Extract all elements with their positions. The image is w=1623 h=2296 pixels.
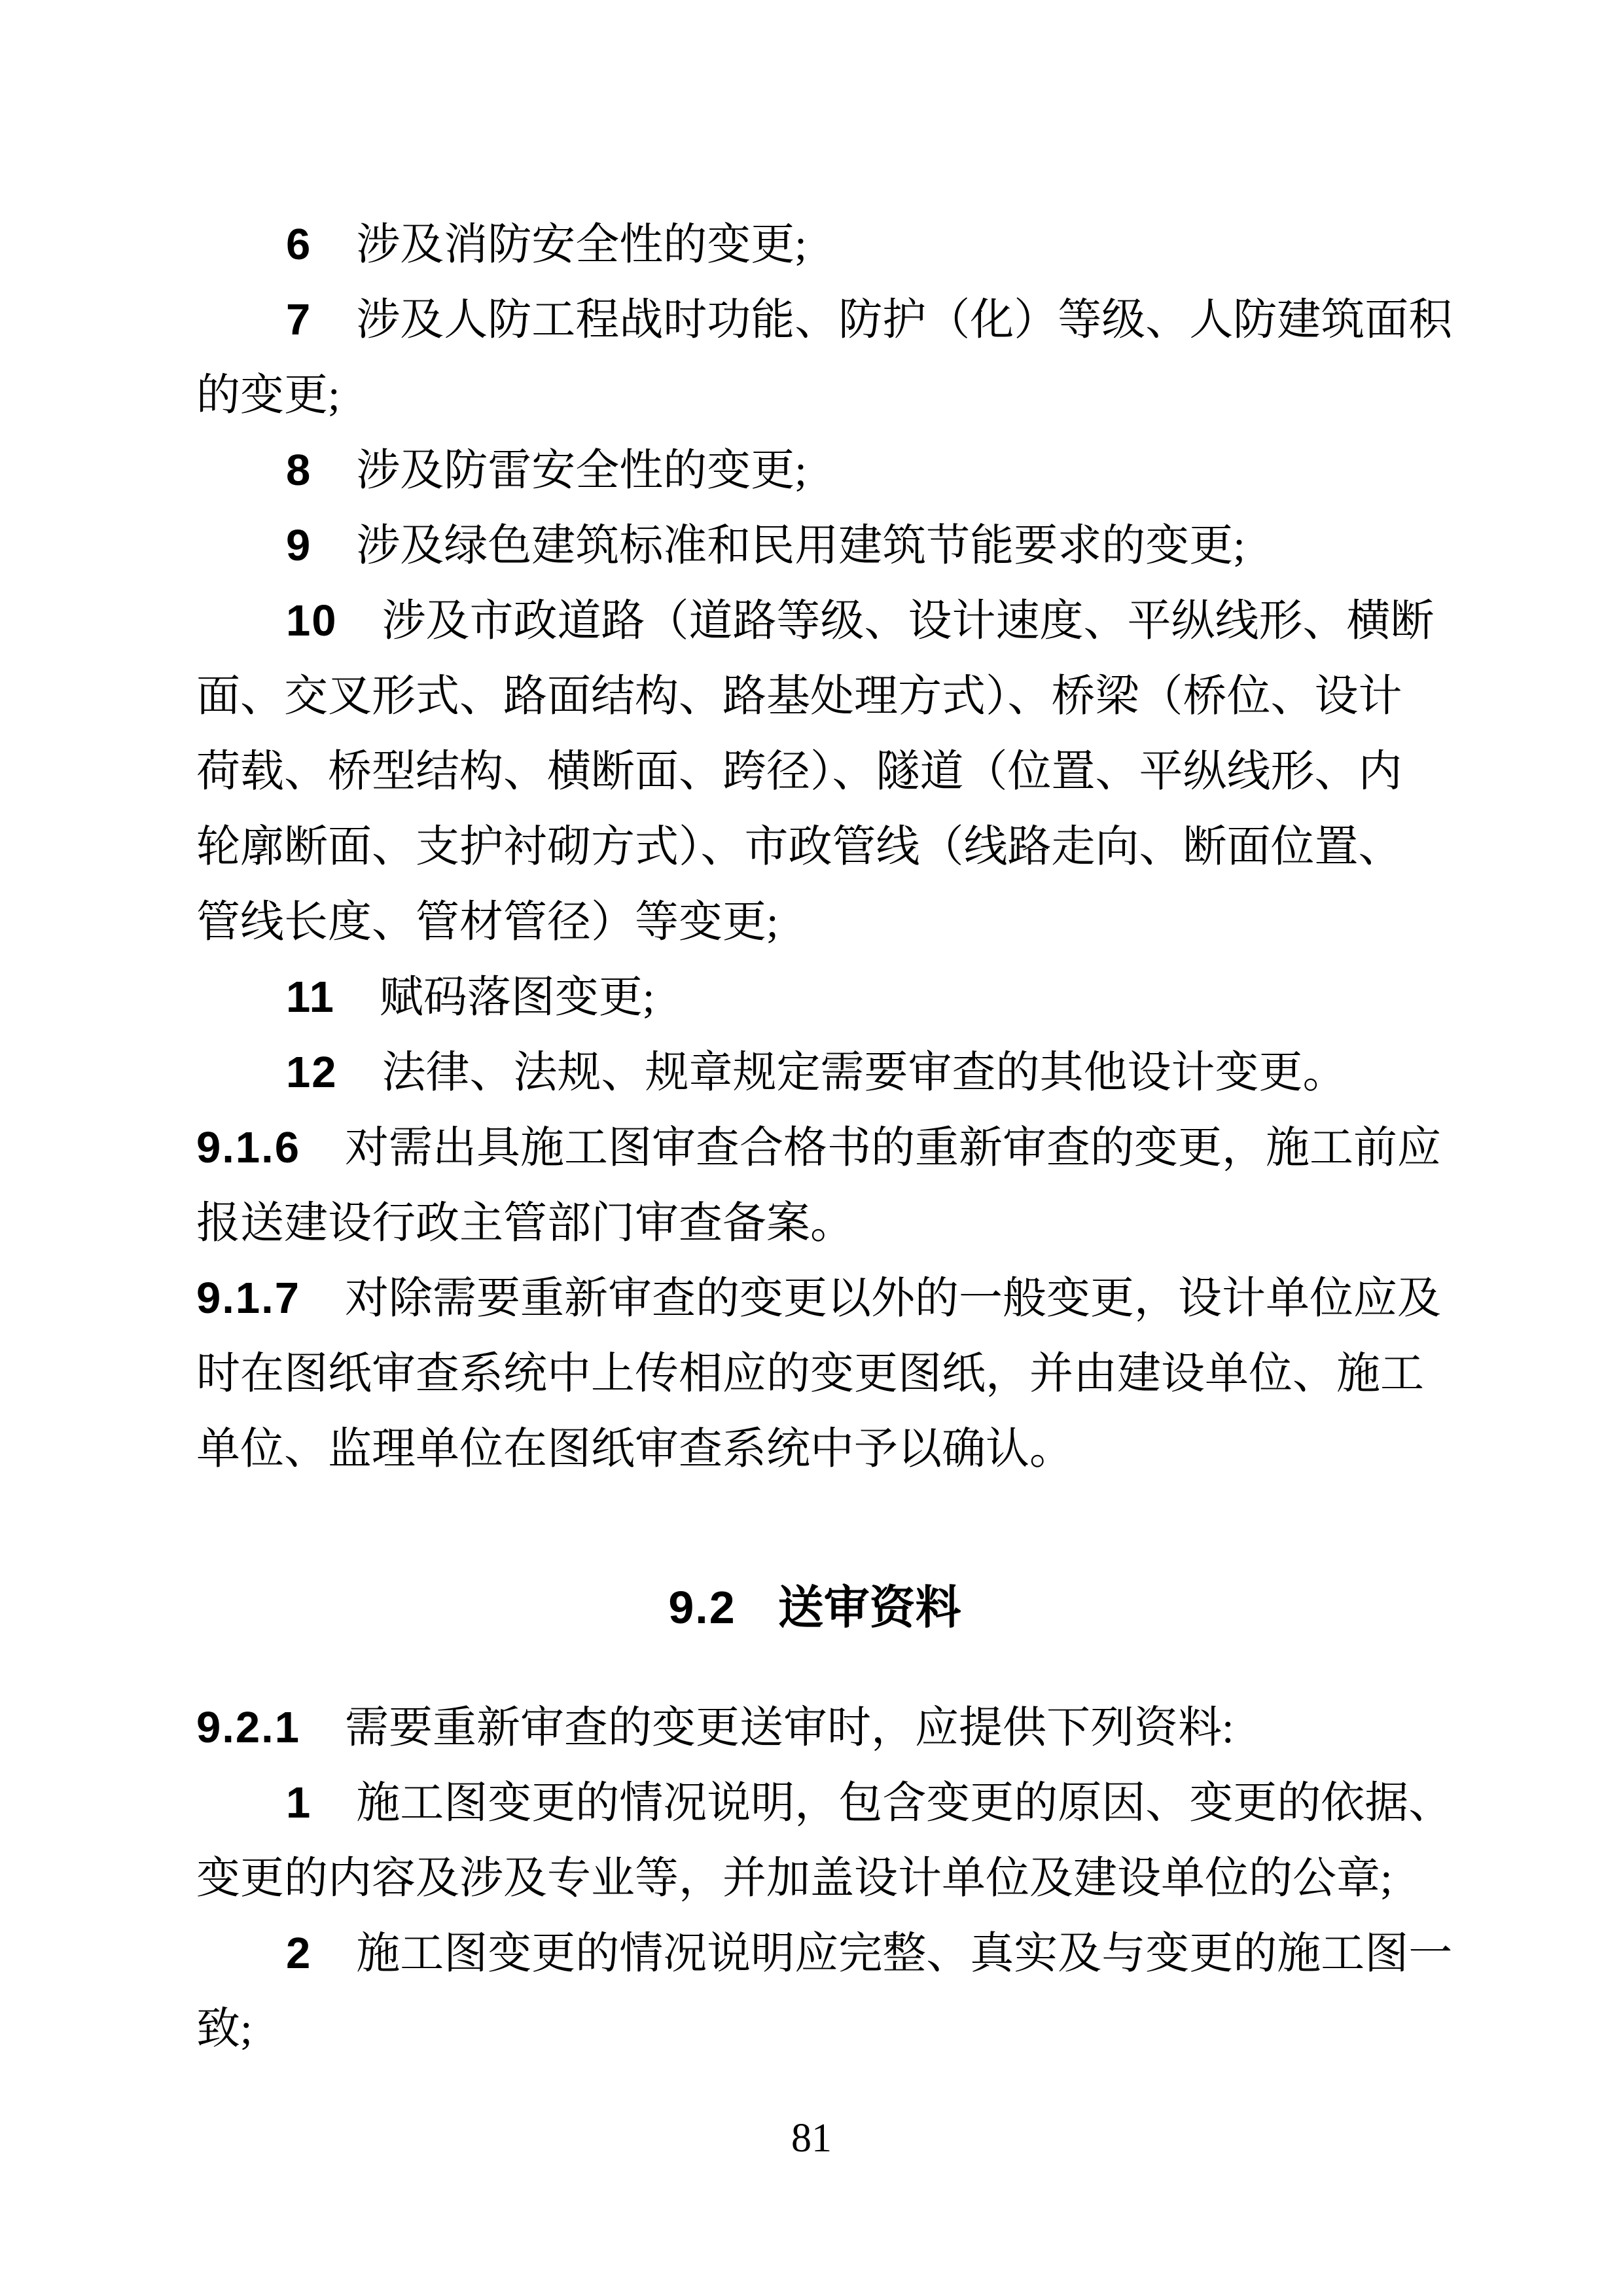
section-heading: 9.2送审资料 bbox=[196, 1570, 1433, 1645]
text-line: 时在图纸审查系统中上传相应的变更图纸，并由建设单位、施工 bbox=[196, 1336, 1433, 1411]
item-number: 2 bbox=[286, 1929, 312, 1978]
text-line: 9涉及绿色建筑标准和民用建筑节能要求的变更; bbox=[196, 508, 1433, 583]
text-line: 8涉及防雷安全性的变更; bbox=[196, 433, 1433, 508]
text-line: 7涉及人防工程战时功能、防护（化）等级、人防建筑面积 bbox=[196, 282, 1433, 357]
line-text: 涉及防雷安全性的变更; bbox=[356, 446, 807, 495]
text-line: 报送建设行政主管部门审查备案。 bbox=[196, 1185, 1433, 1261]
page-number: 81 bbox=[0, 2115, 1623, 2161]
section-number: 9.1.7 bbox=[196, 1274, 300, 1323]
item-number: 6 bbox=[286, 220, 312, 269]
text-line: 的变更; bbox=[196, 357, 1433, 433]
text-line: 变更的内容及涉及专业等，并加盖设计单位及建设单位的公章; bbox=[196, 1840, 1433, 1916]
text-line: 1施工图变更的情况说明，包含变更的原因、变更的依据、 bbox=[196, 1765, 1433, 1840]
section-heading-title: 送审资料 bbox=[778, 1582, 961, 1633]
text-line: 单位、监理单位在图纸审查系统中予以确认。 bbox=[196, 1411, 1433, 1486]
text-line: 轮廓断面、支护衬砌方式）、市政管线（线路走向、断面位置、 bbox=[196, 809, 1433, 884]
text-line: 6涉及消防安全性的变更; bbox=[196, 207, 1433, 282]
line-text: 面、交叉形式、路面结构、路基处理方式）、桥梁（桥位、设计 bbox=[196, 672, 1402, 721]
line-text: 报送建设行政主管部门审查备案。 bbox=[196, 1199, 854, 1247]
document-body: 6涉及消防安全性的变更; 7涉及人防工程战时功能、防护（化）等级、人防建筑面积 … bbox=[196, 207, 1433, 2066]
line-text: 对除需要重新审查的变更以外的一般变更，设计单位应及 bbox=[345, 1274, 1441, 1323]
line-text: 管线长度、管材管径）等变更; bbox=[196, 898, 779, 946]
line-text: 赋码落图变更; bbox=[380, 973, 655, 1022]
line-text: 施工图变更的情况说明，包含变更的原因、变更的依据、 bbox=[356, 1779, 1452, 1827]
text-line: 2施工图变更的情况说明应完整、真实及与变更的施工图一 bbox=[196, 1916, 1433, 1991]
text-line: 致; bbox=[196, 1991, 1433, 2066]
text-line: 9.2.1需要重新审查的变更送审时，应提供下列资料: bbox=[196, 1690, 1433, 1765]
section-number: 9.1.6 bbox=[196, 1123, 300, 1172]
line-text: 涉及消防安全性的变更; bbox=[356, 221, 807, 269]
line-text: 轮廓断面、支护衬砌方式）、市政管线（线路走向、断面位置、 bbox=[196, 823, 1402, 871]
line-text: 涉及绿色建筑标准和民用建筑节能要求的变更; bbox=[356, 522, 1245, 570]
item-number: 8 bbox=[286, 446, 312, 495]
line-text: 变更的内容及涉及专业等，并加盖设计单位及建设单位的公章; bbox=[196, 1854, 1393, 1903]
item-number: 1 bbox=[286, 1778, 312, 1827]
text-line: 面、交叉形式、路面结构、路基处理方式）、桥梁（桥位、设计 bbox=[196, 658, 1433, 734]
text-line: 11赋码落图变更; bbox=[196, 960, 1433, 1035]
item-number: 7 bbox=[286, 295, 312, 344]
text-line: 9.1.7对除需要重新审查的变更以外的一般变更，设计单位应及 bbox=[196, 1261, 1433, 1336]
item-number: 12 bbox=[286, 1048, 338, 1097]
line-text: 荷载、桥型结构、横断面、跨径）、隧道（位置、平纵线形、内 bbox=[196, 747, 1402, 796]
line-text: 致; bbox=[196, 2005, 253, 2053]
item-number: 9 bbox=[286, 521, 312, 570]
line-text: 涉及人防工程战时功能、防护（化）等级、人防建筑面积 bbox=[356, 296, 1452, 344]
line-text: 时在图纸审查系统中上传相应的变更图纸，并由建设单位、施工 bbox=[196, 1350, 1424, 1398]
line-text: 需要重新审查的变更送审时，应提供下列资料: bbox=[345, 1704, 1234, 1752]
line-text: 法律、法规、规章规定需要审查的其他设计变更。 bbox=[382, 1049, 1347, 1097]
document-page: 6涉及消防安全性的变更; 7涉及人防工程战时功能、防护（化）等级、人防建筑面积 … bbox=[0, 0, 1623, 2296]
text-line: 荷载、桥型结构、横断面、跨径）、隧道（位置、平纵线形、内 bbox=[196, 734, 1433, 809]
section-number: 9.2.1 bbox=[196, 1703, 300, 1752]
text-line: 9.1.6对需出具施工图审查合格书的重新审查的变更，施工前应 bbox=[196, 1110, 1433, 1185]
line-text: 单位、监理单位在图纸审查系统中予以确认。 bbox=[196, 1425, 1073, 1473]
line-text: 对需出具施工图审查合格书的重新审查的变更，施工前应 bbox=[345, 1124, 1441, 1172]
text-line: 10涉及市政道路（道路等级、设计速度、平纵线形、横断 bbox=[196, 583, 1433, 658]
section-heading-number: 9.2 bbox=[668, 1582, 736, 1633]
item-number: 11 bbox=[286, 973, 335, 1022]
line-text: 施工图变更的情况说明应完整、真实及与变更的施工图一 bbox=[356, 1929, 1452, 1978]
line-text: 涉及市政道路（道路等级、设计速度、平纵线形、横断 bbox=[382, 597, 1435, 645]
item-number: 10 bbox=[286, 596, 338, 645]
line-text: 的变更; bbox=[196, 371, 340, 420]
text-line: 12法律、法规、规章规定需要审查的其他设计变更。 bbox=[196, 1035, 1433, 1110]
text-line: 管线长度、管材管径）等变更; bbox=[196, 884, 1433, 960]
